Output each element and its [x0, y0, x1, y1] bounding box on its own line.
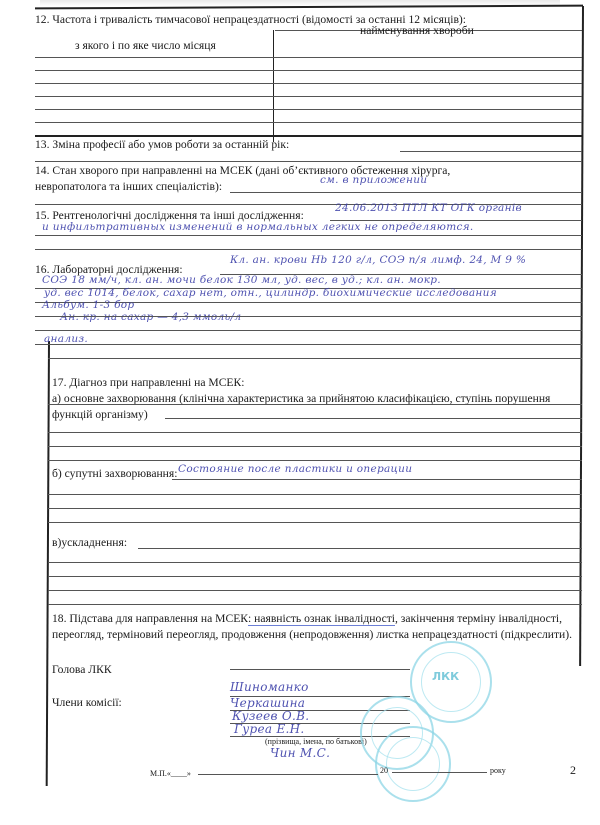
rule: [35, 122, 582, 123]
rule: [35, 70, 582, 71]
section-18-line2: переогляд, терміновий переогляд, продовж…: [52, 628, 572, 642]
member-signature-3: Кузеев О.В.: [232, 709, 309, 723]
rule: [35, 344, 582, 345]
rule: [35, 249, 582, 250]
section-15-handwritten-2: и инфильтративных изменений в нормальных…: [42, 221, 474, 233]
rule: [48, 446, 582, 447]
section-14-title-2: невропатолога та інших спеціалістів):: [35, 180, 222, 194]
rule: [48, 358, 582, 359]
rule: [35, 316, 582, 317]
members-label: Члени комісії:: [52, 696, 122, 710]
rule: [35, 96, 582, 97]
mp-label: М.П.«____»: [150, 767, 191, 781]
rule: [48, 590, 582, 591]
rule: [35, 57, 582, 58]
border-right: [579, 6, 583, 666]
border-left: [46, 341, 50, 786]
section-16-handwritten-5: Ан. кр. на сахар — 4,3 ммоль/л: [60, 311, 241, 323]
section-18-title: 18. Підстава для направлення на МСЕК: на…: [52, 612, 562, 626]
section-16-handwritten-3: уд. вес 1014, белок, сахар нет, отн., ци…: [44, 287, 497, 299]
section-17-c-label: в)ускладнення:: [52, 536, 127, 550]
section-12-col-right: найменування хвороби: [360, 24, 474, 38]
member-signature-4: Гуреа Е.Н.: [234, 722, 305, 736]
year-prefix: 20: [380, 764, 388, 778]
section-16-handwritten-4: Альбум. 1-3 бор: [42, 299, 134, 311]
member-signature-5: Чин М.С.: [270, 746, 330, 760]
section-13-title: 13. Зміна професії або умов роботи за ос…: [35, 138, 289, 152]
border-top: [35, 5, 583, 9]
rule: [48, 460, 582, 461]
section-divider: [35, 135, 582, 137]
date-line[interactable]: [198, 774, 378, 775]
member-signature-1: Шиноманко: [230, 680, 309, 694]
rule: [48, 404, 582, 405]
form-page: 12. Частота і тривалість тимчасової непр…: [30, 6, 583, 786]
section-18-rest: , закінчення терміну інвалідності,: [395, 612, 562, 625]
section-16-handwritten-2: СОЭ 18 мм/ч, кл. ан. мочи белок 130 мл, …: [42, 274, 441, 286]
rule: [48, 508, 582, 509]
section-18-underlined-option[interactable]: : наявність ознак інвалідності: [248, 612, 395, 626]
rule: [35, 330, 582, 331]
section-12-col-left: з якого і по яке число місяця: [75, 39, 216, 53]
head-label: Голова ЛКК: [52, 663, 112, 677]
section-17-title: 17. Діагноз при направленні на МСЕК:: [52, 376, 244, 390]
stamp-text: ЛКК: [432, 670, 459, 683]
section-17-b-label: б) супутні захворювання:: [52, 467, 177, 481]
rule: [48, 494, 582, 495]
rule: [35, 109, 582, 110]
section-12-divider: [273, 30, 274, 142]
year-line[interactable]: [392, 772, 487, 773]
section-17-c-answer-line[interactable]: [138, 548, 582, 549]
rule: [48, 522, 582, 523]
rule: [35, 235, 582, 236]
section-17-b-answer-line[interactable]: [172, 479, 582, 480]
rule: [35, 83, 582, 84]
member-signature-2: Черкашина: [230, 696, 305, 710]
rule: [35, 161, 582, 162]
section-16-handwritten-1: Кл. ан. крови Нb 120 г/л, СОЭ п/я лимф. …: [230, 254, 526, 266]
rule: [48, 604, 582, 605]
head-signature-line[interactable]: [230, 669, 410, 670]
section-17-a-answer-line[interactable]: [165, 418, 582, 419]
rule: [48, 576, 582, 577]
section-14-answer-line[interactable]: [230, 192, 582, 193]
page-number: 2: [570, 763, 576, 778]
section-17-b-handwritten: Состояние после пластики и операции: [178, 463, 412, 475]
section-17-a-line2: функцій організму): [52, 408, 148, 422]
section-14-handwritten: см. в приложении: [320, 174, 427, 186]
section-15-handwritten-1: 24.06.2013 ПТЛ КТ ОГК органів: [335, 202, 522, 214]
section-18-prefix: 18. Підстава для направлення на МСЕК: [52, 612, 248, 625]
year-suffix: року: [490, 764, 506, 778]
section-13-answer-line[interactable]: [400, 151, 582, 152]
rule: [48, 432, 582, 433]
rule: [48, 562, 582, 563]
